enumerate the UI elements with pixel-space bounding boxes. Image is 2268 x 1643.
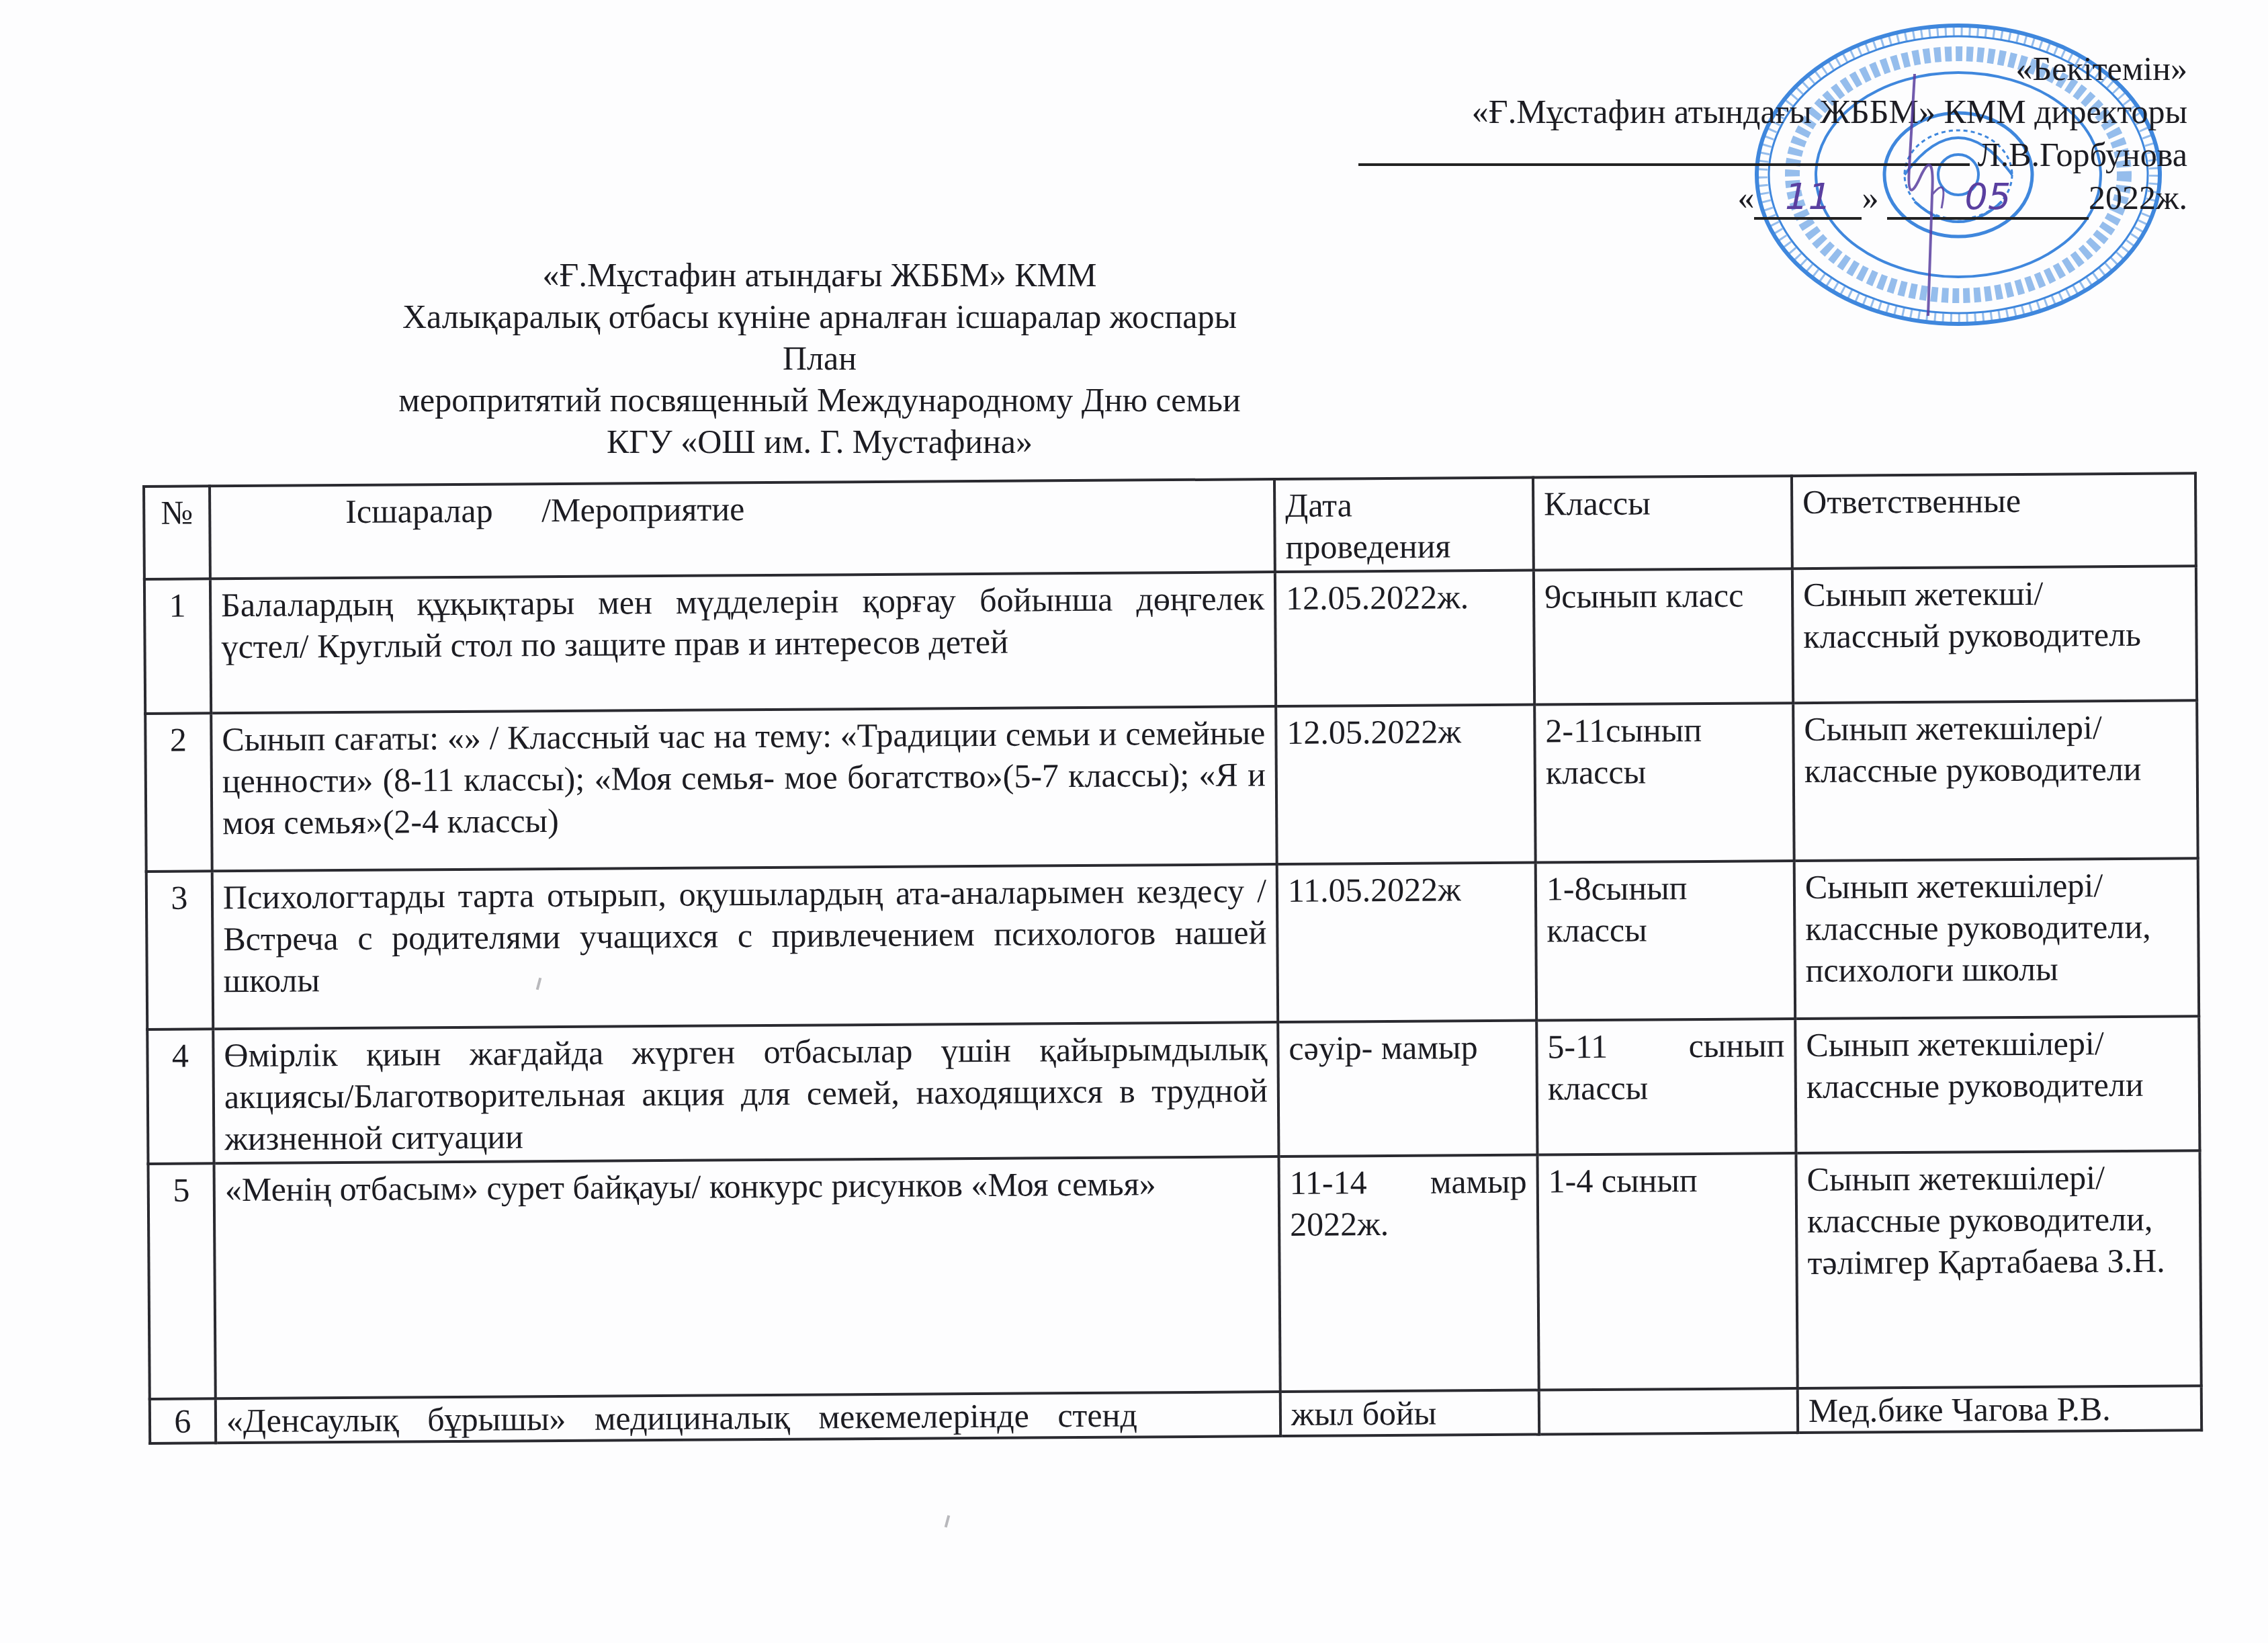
header-responsible: Ответственные	[1792, 473, 2196, 568]
row-num: 4	[147, 1029, 214, 1164]
table-row: 3 Психологтарды тарта отырып, оқушыларды…	[146, 858, 2199, 1029]
row-classes: 1-4 сынып	[1537, 1153, 1797, 1390]
row-classes: 2-11сынып классы	[1534, 703, 1794, 862]
row-event: Психологтарды тарта отырып, оқушылардың …	[212, 864, 1278, 1029]
document-heading: «Ғ.Мұстафин атындағы ЖББМ» КММ Халықарал…	[0, 254, 1639, 462]
date-year: 2022ж.	[2089, 179, 2187, 216]
header-num: №	[144, 486, 210, 579]
row-classes: 9сынып класс	[1534, 568, 1793, 704]
row-responsible: Мед.бике Чагова Р.В.	[1798, 1386, 2201, 1433]
table-row: 1 Балалардың құқықтары мен мүдделерін қо…	[144, 566, 2197, 714]
row-date: 12.05.2022ж	[1276, 705, 1536, 864]
row-num: 3	[146, 871, 214, 1029]
table-row: 5 «Менің отбасым» сурет байқауы/ конкурс…	[148, 1150, 2201, 1399]
date-day-field: 11	[1754, 177, 1862, 220]
heading-school: КГУ «ОШ им. Г. Мустафина»	[0, 421, 1639, 462]
row-date: 11.05.2022ж	[1277, 863, 1537, 1022]
row-responsible: Сынып жетекші/ классный руководитель	[1792, 566, 2197, 703]
heading-title-kz: Халықаралық отбасы күніне арналған ісшар…	[0, 296, 1639, 337]
row-responsible: Сынып жетекшілері/ классные руководители	[1795, 1016, 2199, 1153]
table-row: 4 Өмірлік қиын жағдайда жүрген отбасылар…	[147, 1016, 2199, 1164]
signature-icon	[1868, 74, 1989, 316]
row-responsible: Сынып жетекшілері/ классные руководители…	[1794, 858, 2199, 1019]
row-date: 11-14 мамыр 2022ж.	[1278, 1155, 1538, 1392]
table-row: 2 Сынып сағаты: «» / Классный час на тем…	[145, 700, 2197, 872]
row-event: «Менің отбасым» сурет байқауы/ конкурс р…	[214, 1156, 1280, 1398]
header-classes: Классы	[1533, 476, 1792, 570]
row-num: 2	[145, 713, 212, 872]
row-date: жыл бойы	[1280, 1390, 1539, 1436]
row-event: «Денсаулық бұрышы» медициналық мекемелер…	[216, 1392, 1280, 1443]
approval-position: «Ғ.Мұстафин атындағы ЖББМ» КММ директоры	[1358, 90, 2187, 133]
approval-date: «11» 052022ж.	[1358, 176, 2187, 220]
table-header-row: № Ісшаралар /Мероприятие Дата проведения…	[144, 473, 2196, 579]
row-num: 1	[144, 579, 211, 714]
scan-speck	[945, 1515, 951, 1527]
row-num: 6	[150, 1398, 216, 1443]
heading-title-ru: меропритятий посвященный Международному …	[0, 379, 1639, 421]
header-date: Дата проведения	[1274, 478, 1534, 572]
heading-organization: «Ғ.Мұстафин атындағы ЖББМ» КММ	[0, 254, 1639, 296]
events-table: № Ісшаралар /Мероприятие Дата проведения…	[142, 472, 2203, 1445]
row-classes: 1-8сынып классы	[1536, 861, 1796, 1020]
row-responsible: Сынып жетекшілері/ классные руководители	[1793, 700, 2198, 861]
approval-title: «Бекітемін»	[1358, 47, 2187, 90]
approval-name: Л.В.Горбунова	[1978, 136, 2187, 173]
row-responsible: Сынып жетекшілері/ классные руководители…	[1796, 1150, 2201, 1388]
date-open-quote: «	[1737, 179, 1754, 216]
row-event: Сынып сағаты: «» / Классный час на тему:…	[211, 706, 1276, 871]
row-date: 12.05.2022ж.	[1275, 571, 1534, 706]
document-page: «Бекітемін» «Ғ.Мұстафин атындағы ЖББМ» К…	[0, 0, 2268, 1643]
row-date: сәуір- мамыр	[1278, 1021, 1537, 1156]
row-num: 5	[148, 1163, 216, 1399]
row-event: Өмірлік қиын жағдайда жүрген отбасылар ү…	[213, 1022, 1278, 1163]
header-event: Ісшаралар /Мероприятие	[210, 479, 1275, 579]
row-classes: 5-11 сынып классы	[1536, 1019, 1796, 1154]
row-classes	[1539, 1388, 1798, 1434]
heading-plan: План	[0, 337, 1639, 379]
row-event: Балалардың құқықтары мен мүдделерін қорғ…	[210, 572, 1276, 713]
approval-block: «Бекітемін» «Ғ.Мұстафин атындағы ЖББМ» К…	[1358, 47, 2187, 220]
